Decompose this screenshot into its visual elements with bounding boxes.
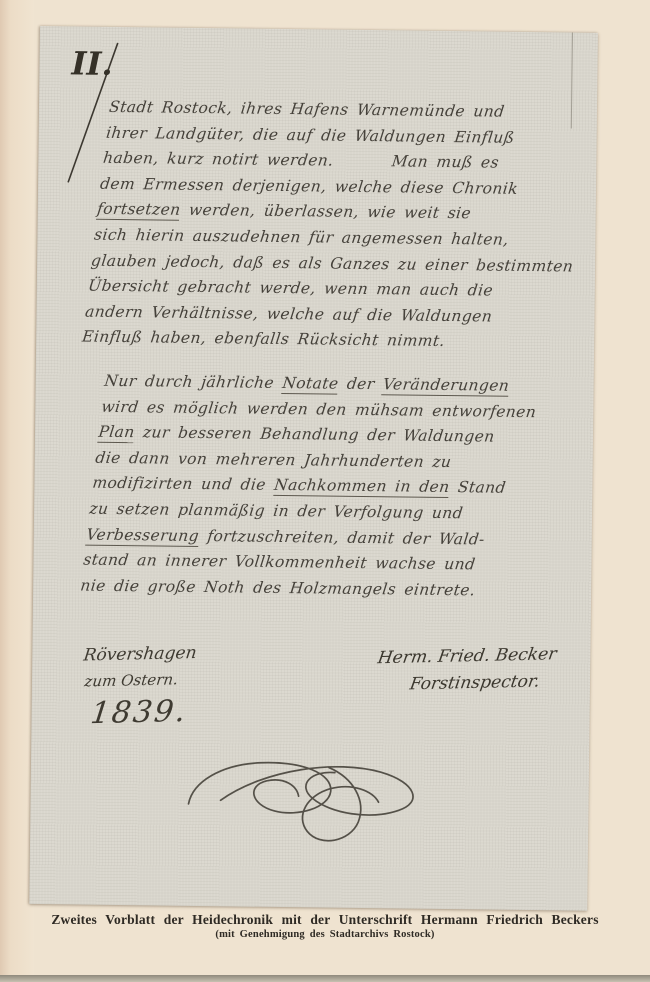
flourish-left-loop bbox=[188, 762, 331, 814]
manuscript-paragraph: Nur durch jährliche Notate der Veränderu… bbox=[79, 369, 584, 605]
flourish-lower-loop bbox=[302, 767, 379, 841]
dateline-place: Rövershagen bbox=[82, 640, 198, 668]
signature-name: Herm. Fried. Becker bbox=[376, 641, 559, 672]
handwritten-text: Übersicht gebracht werde, wenn man auch … bbox=[87, 277, 494, 300]
manuscript-photo-plate: II. Stadt Rostock, ihres Hafens Warnemün… bbox=[29, 26, 598, 911]
printed-caption: Zweites Vorblatt der Heidechronik mit de… bbox=[0, 911, 650, 941]
scan-bottom-edge bbox=[0, 975, 650, 982]
book-page: { "document": { "plate_mark": "II.", "ha… bbox=[0, 0, 650, 982]
manuscript-paragraph: Stadt Rostock, ihres Hafens Warnemünde u… bbox=[81, 95, 589, 356]
dateline-year: 1839. bbox=[74, 692, 192, 734]
handwritten-text: Nur durch jährliche bbox=[103, 372, 283, 392]
handwritten-text: Stand bbox=[449, 478, 507, 497]
handwritten-text: andern Verhältnisse, welche auf die Wald… bbox=[84, 302, 493, 325]
underlined-word: Nachkommen in den bbox=[273, 476, 451, 498]
handwritten-text: ihrer Landgüter, die auf die Waldungen E… bbox=[105, 123, 515, 146]
handwriting-block: Stadt Rostock, ihres Hafens Warnemünde u… bbox=[91, 95, 575, 623]
handwritten-text: zu setzen planmäßig in der Verfolgung un… bbox=[88, 500, 464, 523]
underlined-word: Plan bbox=[97, 423, 136, 443]
handwritten-text: werden, überlassen, wie weit sie bbox=[180, 201, 473, 223]
handwritten-text: wird es möglich werden den mühsam entwor… bbox=[100, 397, 537, 420]
handwritten-text: der bbox=[338, 375, 384, 394]
underlined-word: Notate bbox=[281, 374, 340, 395]
handwritten-text: haben, kurz notirt werden. Man muß es bbox=[102, 149, 500, 172]
handwritten-text: fortzuschreiten, damit der Wald- bbox=[198, 526, 486, 547]
handwritten-text: Stadt Rostock, ihres Hafens Warnemünde u… bbox=[108, 98, 505, 121]
plate-number-text: II. bbox=[70, 44, 113, 83]
underlined-word: Verbesserung bbox=[85, 525, 200, 546]
underlined-word: fortsetzen bbox=[96, 200, 182, 221]
handwritten-text: glauben jedoch, daß es als Ganzes zu ein… bbox=[90, 251, 574, 275]
page-gutter-shading bbox=[0, 0, 34, 982]
handwritten-text: nie die große Noth des Holzmangels eintr… bbox=[79, 576, 476, 599]
handwritten-line: Einfluß haben, ebenfalls Rücksicht nimmt… bbox=[81, 325, 562, 356]
calligraphic-flourish bbox=[180, 740, 441, 853]
handwritten-text: zur besseren Behandlung der Waldungen bbox=[134, 423, 496, 445]
signature-title: Forstinspector. bbox=[371, 668, 554, 699]
caption-title: Zweites Vorblatt der Heidechronik mit de… bbox=[0, 911, 650, 928]
underlined-word: Veränderungen bbox=[382, 375, 511, 397]
handwritten-text: sich hierin auszudehnen für angemessen h… bbox=[93, 226, 510, 249]
signature-block: Herm. Fried. Becker Forstinspector. bbox=[371, 641, 558, 699]
dateline-block: Rövershagen zum Ostern. 1839. bbox=[74, 640, 198, 734]
handwritten-line: nie die große Noth des Holzmangels eintr… bbox=[79, 573, 560, 604]
handwritten-text: dem Ermessen derjenigen, welche diese Ch… bbox=[99, 175, 519, 198]
handwritten-text: stand an innerer Vollkommenheit wachse u… bbox=[82, 551, 476, 574]
caption-credit: (mit Genehmigung des Stadtarchivs Rostoc… bbox=[0, 928, 650, 941]
dateline-occasion: zum Ostern. bbox=[79, 666, 195, 694]
handwritten-text: Einfluß haben, ebenfalls Rücksicht nimmt… bbox=[81, 328, 446, 350]
handwritten-text: die dann von mehreren Jahrhunderten zu bbox=[94, 448, 452, 470]
handwritten-text: modifizirten und die bbox=[91, 474, 275, 494]
